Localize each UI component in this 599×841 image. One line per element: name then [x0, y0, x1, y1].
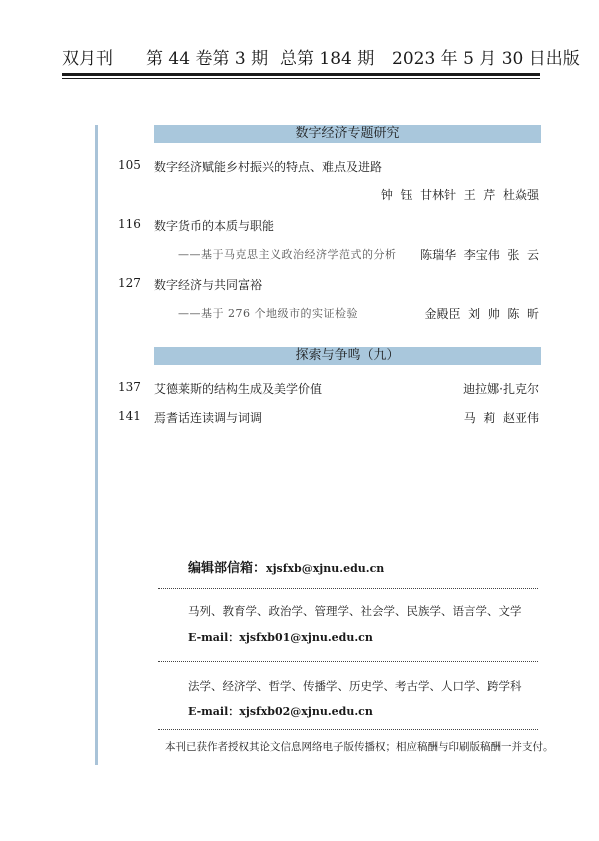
section-heading-exploration: 探索与争鸣（九） [154, 347, 541, 365]
total-issue: 总第 184 期 [280, 44, 374, 69]
subject-list: 法学、经济学、哲学、传播学、历史学、考古学、人口学、跨学科 [188, 678, 522, 694]
subject-email[interactable]: E-mail：xjsfxb01@xjnu.edu.cn [188, 629, 373, 645]
section-heading-digital-economy: 数字经济专题研究 [154, 125, 541, 143]
article-authors: 金殿臣 刘 帅 陈 昕 [424, 305, 539, 322]
article-title[interactable]: 数字经济与共同富裕 [154, 276, 262, 293]
article-subtitle: ——基于 276 个地级市的实证检验 [178, 305, 358, 321]
subject-list: 马列、教育学、政治学、管理学、社会学、民族学、语言学、文学 [188, 603, 522, 619]
article-page: 127 [118, 276, 141, 290]
mailbox-address[interactable]: xjsfxb@xjnu.edu.cn [266, 562, 384, 575]
article-authors: 钟 钰 甘林针 王 芹 杜焱强 [381, 186, 539, 203]
divider [158, 588, 538, 589]
article-title[interactable]: 数字经济赋能乡村振兴的特点、难点及进路 [154, 158, 382, 175]
volume-issue: 第 44 卷第 3 期 [146, 44, 268, 69]
copyright-notice: 本刊已获作者授权其论文信息网络电子版传播权；相应稿酬与印刷版稿酬一并支付。 [165, 739, 554, 754]
article-title[interactable]: 艾德莱斯的结构生成及美学价值 [154, 380, 322, 397]
article-authors: 陈瑞华 李宝伟 张 云 [420, 246, 539, 263]
side-accent-bar [95, 125, 98, 765]
article-page: 105 [118, 158, 141, 172]
editorial-mailbox: 编辑部信箱：xjsfxb@xjnu.edu.cn [188, 557, 384, 576]
article-page: 137 [118, 380, 141, 394]
article-page: 141 [118, 409, 141, 423]
divider [158, 661, 538, 662]
article-page: 116 [118, 217, 141, 231]
header-rule-thin [62, 78, 540, 79]
article-title[interactable]: 焉耆话连读调与词调 [154, 409, 262, 426]
masthead: 双月刊 第 44 卷第 3 期 总第 184 期 2023 年 5 月 30 日… [62, 44, 540, 68]
article-authors: 马 莉 赵亚伟 [464, 409, 539, 426]
mailbox-label: 编辑部信箱： [188, 561, 266, 576]
subject-email[interactable]: E-mail：xjsfxb02@xjnu.edu.cn [188, 703, 373, 719]
divider [158, 729, 538, 730]
article-authors: 迪拉娜·扎克尔 [463, 380, 539, 397]
header-rule-thick [62, 73, 540, 76]
frequency: 双月刊 [62, 44, 113, 69]
article-subtitle: ——基于马克思主义政治经济学范式的分析 [178, 246, 397, 262]
article-title[interactable]: 数字货币的本质与职能 [154, 217, 274, 234]
publish-date: 2023 年 5 月 30 日出版 [392, 44, 580, 69]
